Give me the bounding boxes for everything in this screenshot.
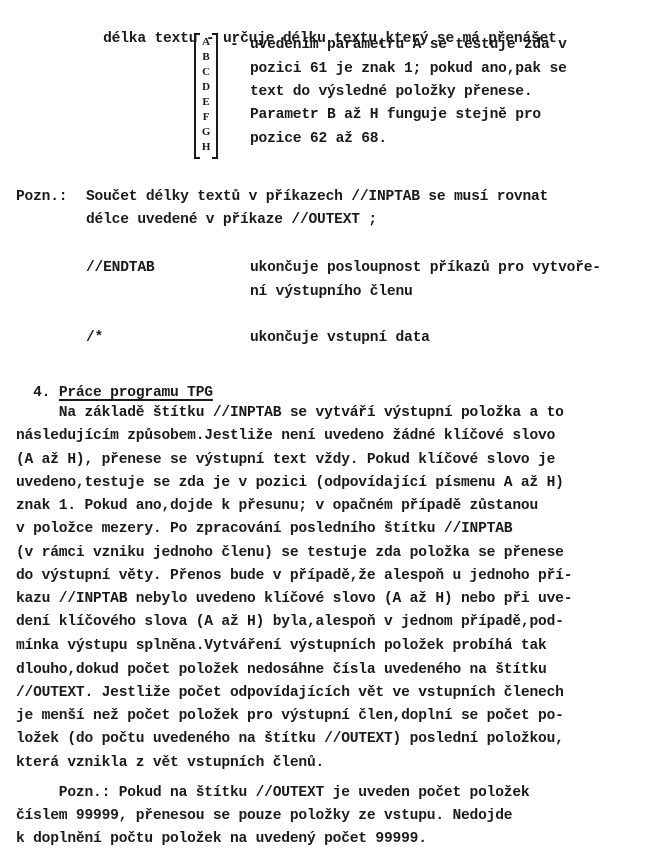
paragraph-line: uvedeno,testuje se zda je v pozici (odpo… bbox=[16, 474, 564, 492]
right-bracket bbox=[212, 33, 218, 159]
paragraph-line: //OUTEXT. Jestliže počet odpovídajících … bbox=[16, 684, 564, 702]
paragraph-line: ložek (do počtu uvedeného na štítku //OU… bbox=[16, 730, 564, 748]
bracket-desc-line: pozice 62 až 68. bbox=[250, 130, 387, 148]
parameter-letter: C bbox=[200, 65, 212, 80]
parameter-letter: D bbox=[200, 80, 212, 95]
paragraph-line: mínka výstupu splněna.Vytváření výstupní… bbox=[16, 637, 547, 655]
paragraph-line: následujícím způsobem.Jestliže není uved… bbox=[16, 427, 555, 445]
paragraph-line: která vznikla z vět vstupních členů. bbox=[16, 754, 324, 772]
note-line: k doplnění počtu položek na uvedený poče… bbox=[16, 830, 427, 848]
note-line: délce uvedené v příkaze //OUTEXT ; bbox=[86, 211, 377, 229]
bracket-desc-line: uvedením parametru A se testuje zda v bbox=[250, 36, 567, 54]
section-number: 4. bbox=[33, 385, 50, 401]
bracket-desc-line: text do výsledné položky přenese. bbox=[250, 83, 532, 101]
note-line: Součet délky textů v příkazech //INPTAB … bbox=[86, 188, 548, 206]
parameter-letter: H bbox=[200, 140, 212, 155]
note-line: číslem 99999, přenesou se pouze položky … bbox=[16, 807, 512, 825]
bracket-desc-line: Parametr B až H funguje stejně pro bbox=[250, 106, 541, 124]
parameter-letter: G bbox=[200, 125, 212, 140]
paragraph-line: do výstupní věty. Přenos bude v případě,… bbox=[16, 567, 572, 585]
bracket-dash: - bbox=[230, 36, 239, 54]
command-desc-line: ní výstupního členu bbox=[250, 283, 413, 301]
command-name: //ENDTAB bbox=[86, 259, 154, 277]
parameter-bracket: A B C D E F G H bbox=[194, 33, 218, 159]
paragraph-line: (v rámci vzniku jednoho členu) se testuj… bbox=[16, 544, 564, 562]
parameter-letter: F bbox=[200, 110, 212, 125]
parameter-letter: E bbox=[200, 95, 212, 110]
parameter-letter: A bbox=[200, 35, 212, 50]
paragraph-line: (A až H), přenese se výstupní text vždy.… bbox=[16, 451, 555, 469]
command-desc-line: ukončuje posloupnost příkazů pro vytvoře… bbox=[250, 259, 601, 277]
command-name: /* bbox=[86, 329, 103, 347]
command-desc-line: ukončuje vstupní data bbox=[250, 329, 430, 347]
parameter-letters: A B C D E F G H bbox=[200, 35, 212, 155]
bracket-desc-line: pozici 61 je znak 1; pokud ano,pak se bbox=[250, 60, 567, 78]
paragraph-line: znak 1. Pokud ano,dojde k přesunu; v opa… bbox=[16, 497, 538, 515]
section-heading: 4. Práce programu TPG bbox=[16, 366, 213, 402]
note-label: Pozn.: bbox=[16, 188, 67, 206]
paragraph-line: kazu //INPTAB nebylo uvedeno klíčové slo… bbox=[16, 590, 572, 608]
paragraph-line: Na základě štítku //INPTAB se vytváří vý… bbox=[16, 404, 564, 422]
section-title: Práce programu TPG bbox=[59, 385, 213, 401]
parameter-letter: B bbox=[200, 50, 212, 65]
paragraph-line: v položce mezery. Po zpracování poslední… bbox=[16, 520, 512, 538]
paragraph-line: dlouho,dokud počet položek nedosáhne čís… bbox=[16, 661, 547, 679]
paragraph-line: je menší než počet položek pro výstupní … bbox=[16, 707, 564, 725]
paragraph-line: dení klíčového slova (A až H) byla,alesp… bbox=[16, 613, 564, 631]
term-label: délka textu bbox=[103, 31, 197, 47]
note-line: Pozn.: Pokud na štítku //OUTEXT je uvede… bbox=[16, 784, 529, 802]
